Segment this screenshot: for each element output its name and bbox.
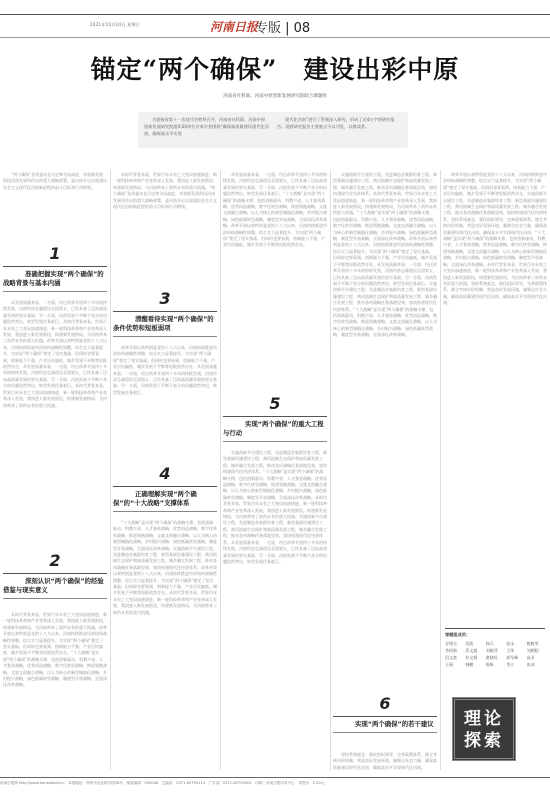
body-text: 实施创新平台建设工程、先进制造业集群培育工程、新型基础设施建设工程、黄河流域生态… — [333, 172, 437, 692]
page-title: 锚定“两个确保” 建设出彩中原 — [0, 50, 550, 86]
column-divider — [110, 170, 111, 770]
contributors-box: 课题组成员： 谷建全 袁凯 杨兵 赵永 姚树荣 李同新 武文超 刘晓萍 王伟 刘… — [445, 628, 545, 668]
divider — [223, 416, 327, 417]
contributor-name: 姚树荣 — [527, 641, 545, 647]
masthead: 2021年10月24日 星期日 河南日报 专版 | 08 — [0, 14, 550, 38]
body-text: 从发展质量来看，一方面，经过改革开放四十多年的持续发展，河南经济总量稳居全国第五… — [223, 172, 327, 382]
divider — [3, 573, 107, 574]
body-text: 从时代背景来看，世界百年未有之大变局加速演进，新一轮科技革命和产业变革深入发展，… — [113, 172, 217, 284]
contributor-name: 武文超 — [465, 648, 483, 654]
stamp-line-1: 理论 — [455, 708, 513, 730]
newspaper-logo: 河南日报 — [210, 18, 258, 35]
section-5: 5 实现“两个确保”的重大工程与行动 — [223, 395, 327, 445]
contributor-name: 王伟 — [506, 648, 524, 654]
section-1: 1 准确把握实现“两个确保”的战略背景与基本内涵 — [3, 245, 107, 295]
divider — [333, 716, 437, 717]
section-heading: 准确把握实现“两个确保”的战略背景与基本内涵 — [3, 270, 107, 288]
contributor-name: 杨兵 — [486, 641, 504, 647]
contributor-name: 陈栋 — [486, 662, 504, 668]
contributor-name: 谷建全 — [445, 641, 463, 647]
section-number: 6 — [333, 695, 437, 713]
column-divider — [440, 170, 441, 770]
body-text: 实施创新平台建设工程、先进制造业集群培育工程、新型基础设施建设工程、黄河流域生态… — [223, 450, 327, 772]
divider — [3, 598, 107, 599]
contributor-name: 赵永 — [506, 641, 524, 647]
divider — [223, 441, 327, 442]
section-number: 1 — [3, 245, 107, 263]
contributor-name: 杜文娟 — [465, 655, 483, 661]
body-text: 从时代背景来看，世界百年未有之大变局加速演进，新一轮科技革命和产业变革深入发展，… — [3, 612, 107, 772]
section-label: 专版 | 08 — [255, 17, 310, 36]
section-4: 4 正确理解实现“两个确保”的“十大战略”支撑体系 — [113, 465, 217, 515]
contributor-name: 田文富 — [445, 655, 463, 661]
footer-text: 河南日报网 http://www.henandaily.cn 本报地址：郑州市农… — [0, 781, 324, 785]
theory-exploration-stamp: 理论 探索 — [452, 697, 516, 761]
section-number: 2 — [3, 552, 107, 570]
intro-right: 现代化河南”进行了系统深入研究，形成了近4万字的研究报告。现将研究报告主要观点予… — [277, 116, 402, 144]
divider — [113, 511, 217, 512]
stamp-line-2: 探索 — [455, 730, 513, 752]
section-number: 5 — [223, 395, 327, 413]
contributors-list: 谷建全 袁凯 杨兵 赵永 姚树荣 李同新 武文超 刘晓萍 王伟 刘朝阳 田文富 … — [445, 641, 545, 668]
divider — [113, 486, 217, 487]
contributor-name: 唐晓旺 — [486, 655, 504, 661]
body-text: 坚持系统观念，强化组织领导，完善政策体系，健全考核评价机制，营造良好发展环境，凝… — [333, 752, 437, 774]
section-number: 4 — [113, 465, 217, 483]
contributor-name: 袁凯 — [465, 641, 483, 647]
contributor-name: 李立 — [506, 662, 524, 668]
contributors-label: 课题组成员： — [445, 632, 545, 638]
section-heading: 深刻认识“两个确保”的经验借鉴与现实意义 — [3, 577, 107, 595]
section-heading: 正确理解实现“两个确保”的“十大战略”支撑体系 — [113, 490, 217, 508]
body-text: 从发展质量来看，一方面，经过改革开放四十多年的持续发展，河南经济总量稳居全国第五… — [3, 300, 107, 548]
byline: 河南省社科联、河南中原创新发展研究院联合课题组 — [0, 93, 550, 99]
intro-left: 为迎接省第十一次党代会胜利召开，河南省社科联、河南中原创新发展研究院组织20余位… — [144, 116, 269, 144]
contributor-name: 刘晓萍 — [486, 648, 504, 654]
contributor-name: 王丽 — [445, 662, 463, 668]
section-number: 3 — [113, 290, 217, 308]
body-text: “十大战略”是实现“两个确保”的战略支撑，包括创新驱动、科教兴省、人才强省战略，… — [113, 520, 217, 772]
contributor-name: 李同新 — [445, 648, 463, 654]
contributor-name: 张冰 — [527, 662, 545, 668]
contributor-name: 韩鹏 — [465, 662, 483, 668]
divider — [3, 291, 107, 292]
section-heading: 清醒看待实现“两个确保”的条件优势和短板弱项 — [113, 315, 217, 333]
footer: 河南日报网 http://www.henandaily.cn 本报地址：郑州市农… — [0, 777, 550, 786]
divider — [113, 336, 217, 337]
body-text: 改革开放以来特别是党的十八大以来，河南持续推进经济结构战略性调整，综合实力显著提… — [113, 345, 217, 463]
section-3: 3 清醒看待实现“两个确保”的条件优势和短板弱项 — [113, 290, 217, 340]
divider — [113, 311, 217, 312]
section-heading: 实现“两个确保”的重大工程与行动 — [223, 420, 327, 438]
section-heading: 实现“两个确保”的若干建议 — [333, 720, 437, 729]
contributor-name: 刘朝阳 — [527, 648, 545, 654]
column-divider — [220, 170, 221, 770]
divider — [3, 266, 107, 267]
intro-box: 为迎接省第十一次党代会胜利召开，河南省社科联、河南中原创新发展研究院组织20余位… — [138, 112, 408, 148]
body-text: “两个确保”是省委站在历史和全局高度，审视新发展阶段河南发展所作出的重大战略部署… — [3, 172, 107, 242]
column-divider — [330, 170, 331, 770]
contributor-name: 郭军峰 — [506, 655, 524, 661]
body-text: 改革开放以来特别是党的十八大以来，河南持续推进经济结构战略性调整，综合实力显著提… — [443, 172, 547, 624]
divider — [333, 732, 437, 733]
issue-date: 2021年10月24日 星期日 — [90, 22, 140, 28]
contributor-name: 高亚 — [527, 655, 545, 661]
section-2: 2 深刻认识“两个确保”的经验借鉴与现实意义 — [3, 552, 107, 602]
section-6: 6 实现“两个确保”的若干建议 — [333, 695, 437, 736]
